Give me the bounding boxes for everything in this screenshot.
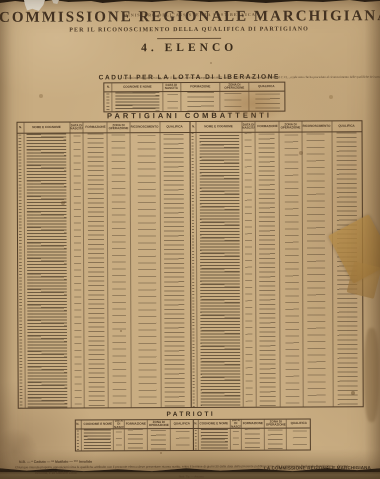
column-header-label: FORMAZIONE [256, 125, 279, 128]
table-body-column [241, 429, 264, 450]
column-header-qualifica: QUALIFICA [159, 122, 189, 132]
table-body-column [112, 92, 162, 111]
column-header-label: QUALIFICA [171, 422, 193, 425]
column-header-label: COGNOME E NOME [113, 86, 161, 89]
column-header-zona-di-operazione: ZONA DI OPERAZIONE [107, 122, 129, 132]
patrioti-table: N.COGNOME E NOMEDATA DI NASCITAFORMAZION… [75, 418, 311, 451]
table-body-column [83, 133, 108, 407]
header-divider [157, 37, 221, 38]
column-header-riconoscimento: RICONOSCIMENTO [301, 121, 331, 131]
column-header-label: FORMAZIONE [242, 422, 264, 425]
column-header-n-: N. [104, 83, 111, 91]
column-header-label: COGNOME E NOME [199, 422, 230, 425]
patrioti-table-body [76, 428, 310, 450]
column-header-formazione: FORMAZIONE [241, 420, 264, 428]
column-header-label: DATA DI NASCITA [231, 420, 240, 428]
column-header-label: QUALIFICA [333, 125, 361, 128]
table-body-column [162, 92, 180, 111]
table-body-column [124, 429, 147, 450]
paper-stain [364, 328, 379, 422]
column-header-cognome-e-nome: COGNOME E NOME [80, 420, 113, 428]
column-header-riconoscimento: RICONOSCIMENTO [129, 122, 159, 132]
column-header-label: DATA DI NASCITA [114, 420, 123, 428]
column-header-data-di-nascita: DATA DI NASCITA [241, 122, 255, 132]
column-header-formazione: FORMAZIONE [124, 420, 147, 428]
table-body-column [255, 133, 280, 407]
column-header-qualifica: QUALIFICA [169, 420, 192, 428]
partigiani-table: N.NOME E COGNOMEDATA DI NASCITAFORMAZION… [16, 120, 363, 409]
column-header-zona-di-operazione: ZONA DI OPERAZIONE [147, 420, 169, 428]
column-header-qualifica: QUALIFICA [331, 121, 361, 131]
column-header-label: DATA DI NASCITA [242, 124, 254, 130]
table-body-column [301, 132, 332, 406]
column-header-data-di-nascita: DATA DI NASCITA [230, 420, 241, 428]
column-header-data-di-nascita: DATA DI NASCITA [69, 122, 83, 132]
column-header-data-di-nascita: DATA DI NASCITA [162, 83, 180, 91]
column-header-label: NOME E COGNOME [25, 126, 68, 129]
section-title-partigiani: PARTIGIANI COMBATTENTI [0, 110, 379, 121]
commission-signature-text: LA COMMISSIONE REGIONALE MARCHIGIANA [264, 465, 371, 471]
column-header-label: QUALIFICA [161, 125, 189, 128]
column-header-label: QUALIFICA [288, 422, 310, 425]
table-body-column [80, 429, 113, 450]
table-body-column [241, 133, 256, 407]
column-header-label: FORMAZIONE [84, 126, 107, 129]
table-body-column [147, 429, 169, 450]
column-header-qualifica: QUALIFICA [286, 419, 309, 427]
table-body-column [69, 133, 84, 407]
table-body-column [24, 134, 71, 408]
column-header-label: NOME E COGNOME [197, 125, 240, 128]
column-header-zona-di-operazione: ZONA DI OPERAZIONE [279, 122, 301, 132]
column-header-label: ZONA DI OPERAZIONE [265, 420, 286, 426]
table-body-column [197, 429, 230, 450]
column-header-label: ZONA DI OPERAZIONE [280, 123, 301, 129]
column-header-label: ZONA DI OPERAZIONE [148, 421, 169, 427]
column-header-label: DATA DI NASCITA [70, 124, 82, 130]
column-header-label: ZONA DI OPERAZIONE [108, 124, 129, 130]
document-content: MINISTERO DELL'ASSISTENZA POST-BELLICA C… [0, 0, 380, 479]
table-body-column [104, 92, 111, 111]
table-body-column [113, 429, 124, 450]
column-header-data-di-nascita: DATA DI NASCITA [113, 420, 124, 428]
section-title-patrioti: PATRIOTI [1, 410, 380, 419]
table-body-column [159, 133, 190, 407]
column-header-nome-e-cognome: NOME E COGNOME [24, 123, 69, 133]
page-title: COMMISSIONE REGIONALE MARCHIGIANA [0, 8, 379, 27]
table-body-column [230, 429, 241, 450]
column-header-formazione: FORMAZIONE [180, 83, 220, 91]
commission-signature: LA COMMISSIONE REGIONALE MARCHIGIANA [180, 457, 371, 476]
column-header-formazione: FORMAZIONE [83, 122, 107, 132]
table-body-column [286, 428, 309, 449]
column-header-label: FORMAZIONE [181, 85, 219, 88]
column-header-label: FORMAZIONE [125, 423, 147, 426]
table-body-column [169, 429, 192, 450]
column-header-zona-di-operazione: ZONA DI OPERAZIONE [264, 420, 286, 428]
column-header-nome-e-cognome: NOME E COGNOME [196, 122, 241, 132]
column-header-cognome-e-nome: COGNOME E NOME [112, 83, 162, 91]
column-header-label: RICONOSCIMENTO [303, 125, 331, 128]
elenco-heading: 4. ELENCO [0, 41, 379, 55]
column-header-formazione: FORMAZIONE [255, 122, 279, 132]
table-body-column [196, 133, 243, 407]
column-header-label: N. [104, 86, 111, 89]
table-body-column [279, 133, 303, 407]
partigiani-table-body [18, 132, 363, 407]
paper-speckles [0, 0, 2, 2]
page-subtitle: PER IL RICONOSCIMENTO DELLA QUALIFICA DI… [0, 26, 379, 34]
column-header-label: COGNOME E NOME [82, 423, 113, 426]
table-body-column [107, 133, 131, 407]
column-header-label: RICONOSCIMENTO [131, 126, 159, 129]
paper-stain [222, 86, 286, 122]
table-body-column [264, 429, 286, 450]
document-photo: MINISTERO DELL'ASSISTENZA POST-BELLICA C… [0, 0, 380, 479]
table-body-column [180, 92, 220, 111]
column-header-cognome-e-nome: COGNOME E NOME [197, 420, 230, 428]
column-header-label: DATA DI NASCITA [163, 84, 180, 90]
table-body-column [129, 133, 160, 407]
